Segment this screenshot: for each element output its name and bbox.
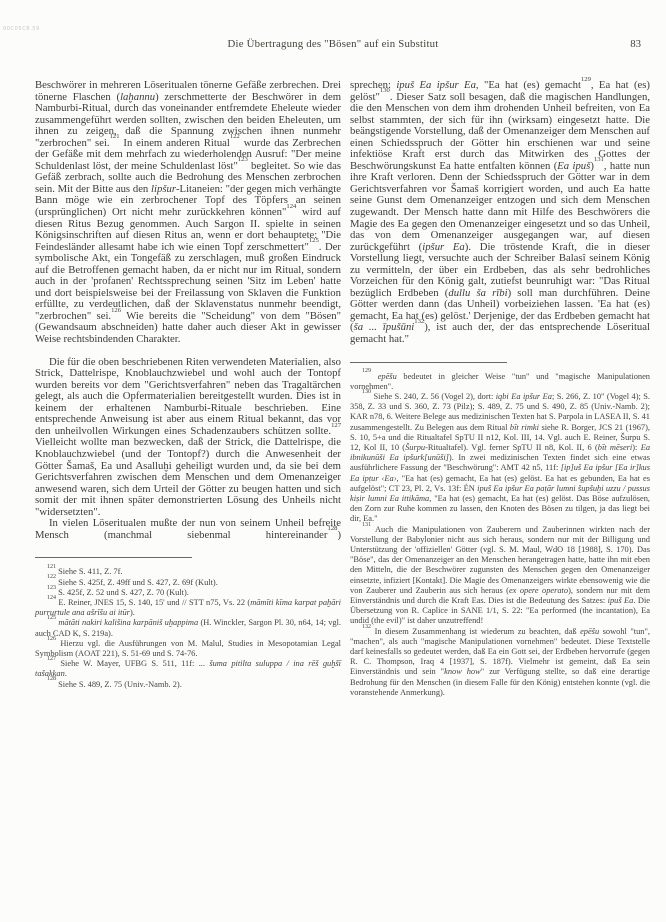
footnote-number: 126 — [47, 636, 56, 642]
page-header: Die Übertragung des "Bösen" auf ein Subs… — [0, 0, 666, 53]
right-column: sprechen: ipuš Ea ipšur Ea, "Ea hat (es)… — [350, 80, 650, 698]
footnote-number: 131 — [362, 522, 371, 528]
footnote-item: 132 In diesem Zusammenhang ist wiederum … — [350, 627, 650, 698]
footnote-item: 131 Auch die Manipulationen von Zauberer… — [350, 525, 650, 627]
paragraph: sprechen: ipuš Ea ipšur Ea, "Ea hat (es)… — [350, 80, 650, 346]
footnote-item: 129 epēšu bedeutet in gleicher Weise "tu… — [350, 372, 650, 392]
footnote-item: 122 Siehe S. 425f, Z. 49ff und S. 427, Z… — [35, 578, 341, 588]
footnote-item: 121 Siehe S. 411, Z. 7f. — [35, 567, 341, 577]
footnote-separator-right — [350, 362, 507, 363]
left-footnotes: 121 Siehe S. 411, Z. 7f.122 Siehe S. 425… — [35, 567, 341, 689]
footnote-number: 121 — [47, 564, 56, 570]
right-column-text: sprechen: ipuš Ea ipšur Ea, "Ea hat (es)… — [350, 80, 650, 346]
footnote-number: 132 — [362, 624, 371, 630]
footnote-separator-left — [35, 557, 192, 558]
paragraph: Beschwörer in mehreren Löseritualen töne… — [35, 80, 341, 346]
paragraph: Die für die oben beschriebenen Riten ver… — [35, 357, 341, 519]
footnote-item: 128 Siehe S. 489, Z. 75 (Univ.-Namb. 2). — [35, 680, 341, 690]
footnote-number: 130 — [362, 389, 371, 395]
left-column-text: Beschwörer in mehreren Löseritualen töne… — [35, 80, 341, 541]
left-column: Beschwörer in mehreren Löseritualen töne… — [35, 80, 341, 690]
text-columns: Beschwörer in mehreren Löseritualen töne… — [0, 53, 666, 698]
footnote-number: 129 — [362, 368, 371, 374]
footnote-item: 123 S. 425f, Z. 52 und S. 427, Z. 70 (Ku… — [35, 588, 341, 598]
footnote-number: 125 — [47, 615, 56, 621]
book-page: 00C05C8.59 Die Übertragung des "Bösen" a… — [0, 0, 666, 922]
footnote-item: 127 Siehe W. Mayer, UFBG S. 511, 11f: ..… — [35, 659, 341, 679]
footnote-item: 125 mātāti nakiri kališina karpāniš uḫap… — [35, 618, 341, 638]
footnote-number: 123 — [47, 585, 56, 591]
footnote-item: 130 Siehe S. 240, Z. 56 (Vogel 2), dort:… — [350, 392, 650, 525]
running-title: Die Übertragung des "Bösen" auf ein Subs… — [0, 38, 666, 50]
footnote-number: 124 — [47, 595, 56, 601]
page-number: 83 — [630, 38, 641, 50]
right-footnotes: 129 epēšu bedeutet in gleicher Weise "tu… — [350, 372, 650, 699]
footnote-number: 122 — [47, 574, 56, 580]
footnote-item: 124 E. Reiner, JNES 15, S. 140, 15' und … — [35, 598, 341, 618]
paragraph: In vielen Löseritualen mußte der nun von… — [35, 518, 341, 541]
footnote-number: 128 — [47, 676, 56, 682]
footnote-number: 127 — [47, 656, 56, 662]
footnote-item: 126 Hierzu vgl. die Ausführungen von M. … — [35, 639, 341, 659]
